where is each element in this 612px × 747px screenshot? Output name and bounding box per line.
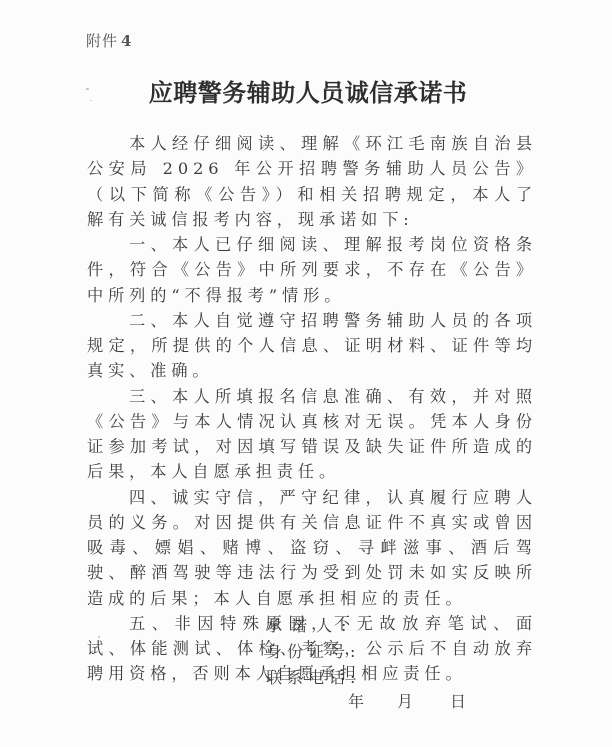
promisor-field: 承诺人: (266, 613, 360, 639)
pledge-item-2: 二、本人自觉遵守招聘警务辅助人员的各项规定，所提供的个人信息、证明材料、证件等均… (87, 308, 537, 384)
document-page: 附件4 应聘警务辅助人员诚信承诺书 本人经仔细阅读、理解《环江毛南族自治县公安局… (0, 0, 612, 747)
year-label: 年 (348, 689, 364, 712)
id-number-field: 身份证号: (266, 639, 360, 665)
document-title: 应聘警务辅助人员诚信承诺书 (44, 73, 572, 108)
attachment-number: 4 (121, 32, 132, 50)
phone-field: 联系电话: (266, 665, 360, 691)
attachment-label: 附件4 (86, 30, 132, 51)
signature-block: 承诺人: 身份证号: 联系电话: (266, 613, 360, 691)
pledge-item-1: 一、本人已仔细阅读、理解报考岗位资格条件，符合《公告》中所列要求，不存在《公告》… (87, 232, 537, 308)
month-label: 月 (397, 689, 413, 712)
scan-speck (86, 88, 89, 90)
scan-speck (90, 100, 92, 101)
date-line: 年 月 日 (0, 689, 612, 713)
day-label: 日 (450, 689, 466, 712)
pledge-item-3: 三、本人所填报名信息准确、有效，并对照《公告》与本人情况认真核对无误。凭本人身份… (87, 384, 537, 485)
phone-label: 联系电话: (266, 668, 360, 687)
promisor-label: 承诺人: (266, 616, 355, 635)
id-number-label: 身份证号: (266, 642, 360, 661)
intro-paragraph: 本人经仔细阅读、理解《环江毛南族自治县公安局 2026 年公开招聘警务辅助人员公… (87, 131, 537, 232)
document-body: 本人经仔细阅读、理解《环江毛南族自治县公安局 2026 年公开招聘警务辅助人员公… (87, 131, 537, 687)
attachment-label-text: 附件 (86, 32, 118, 50)
pledge-item-4: 四、诚实守信，严守纪律，认真履行应聘人员的义务。对因提供有关信息证件不真实或曾因… (87, 485, 537, 611)
scan-speck (98, 636, 100, 638)
